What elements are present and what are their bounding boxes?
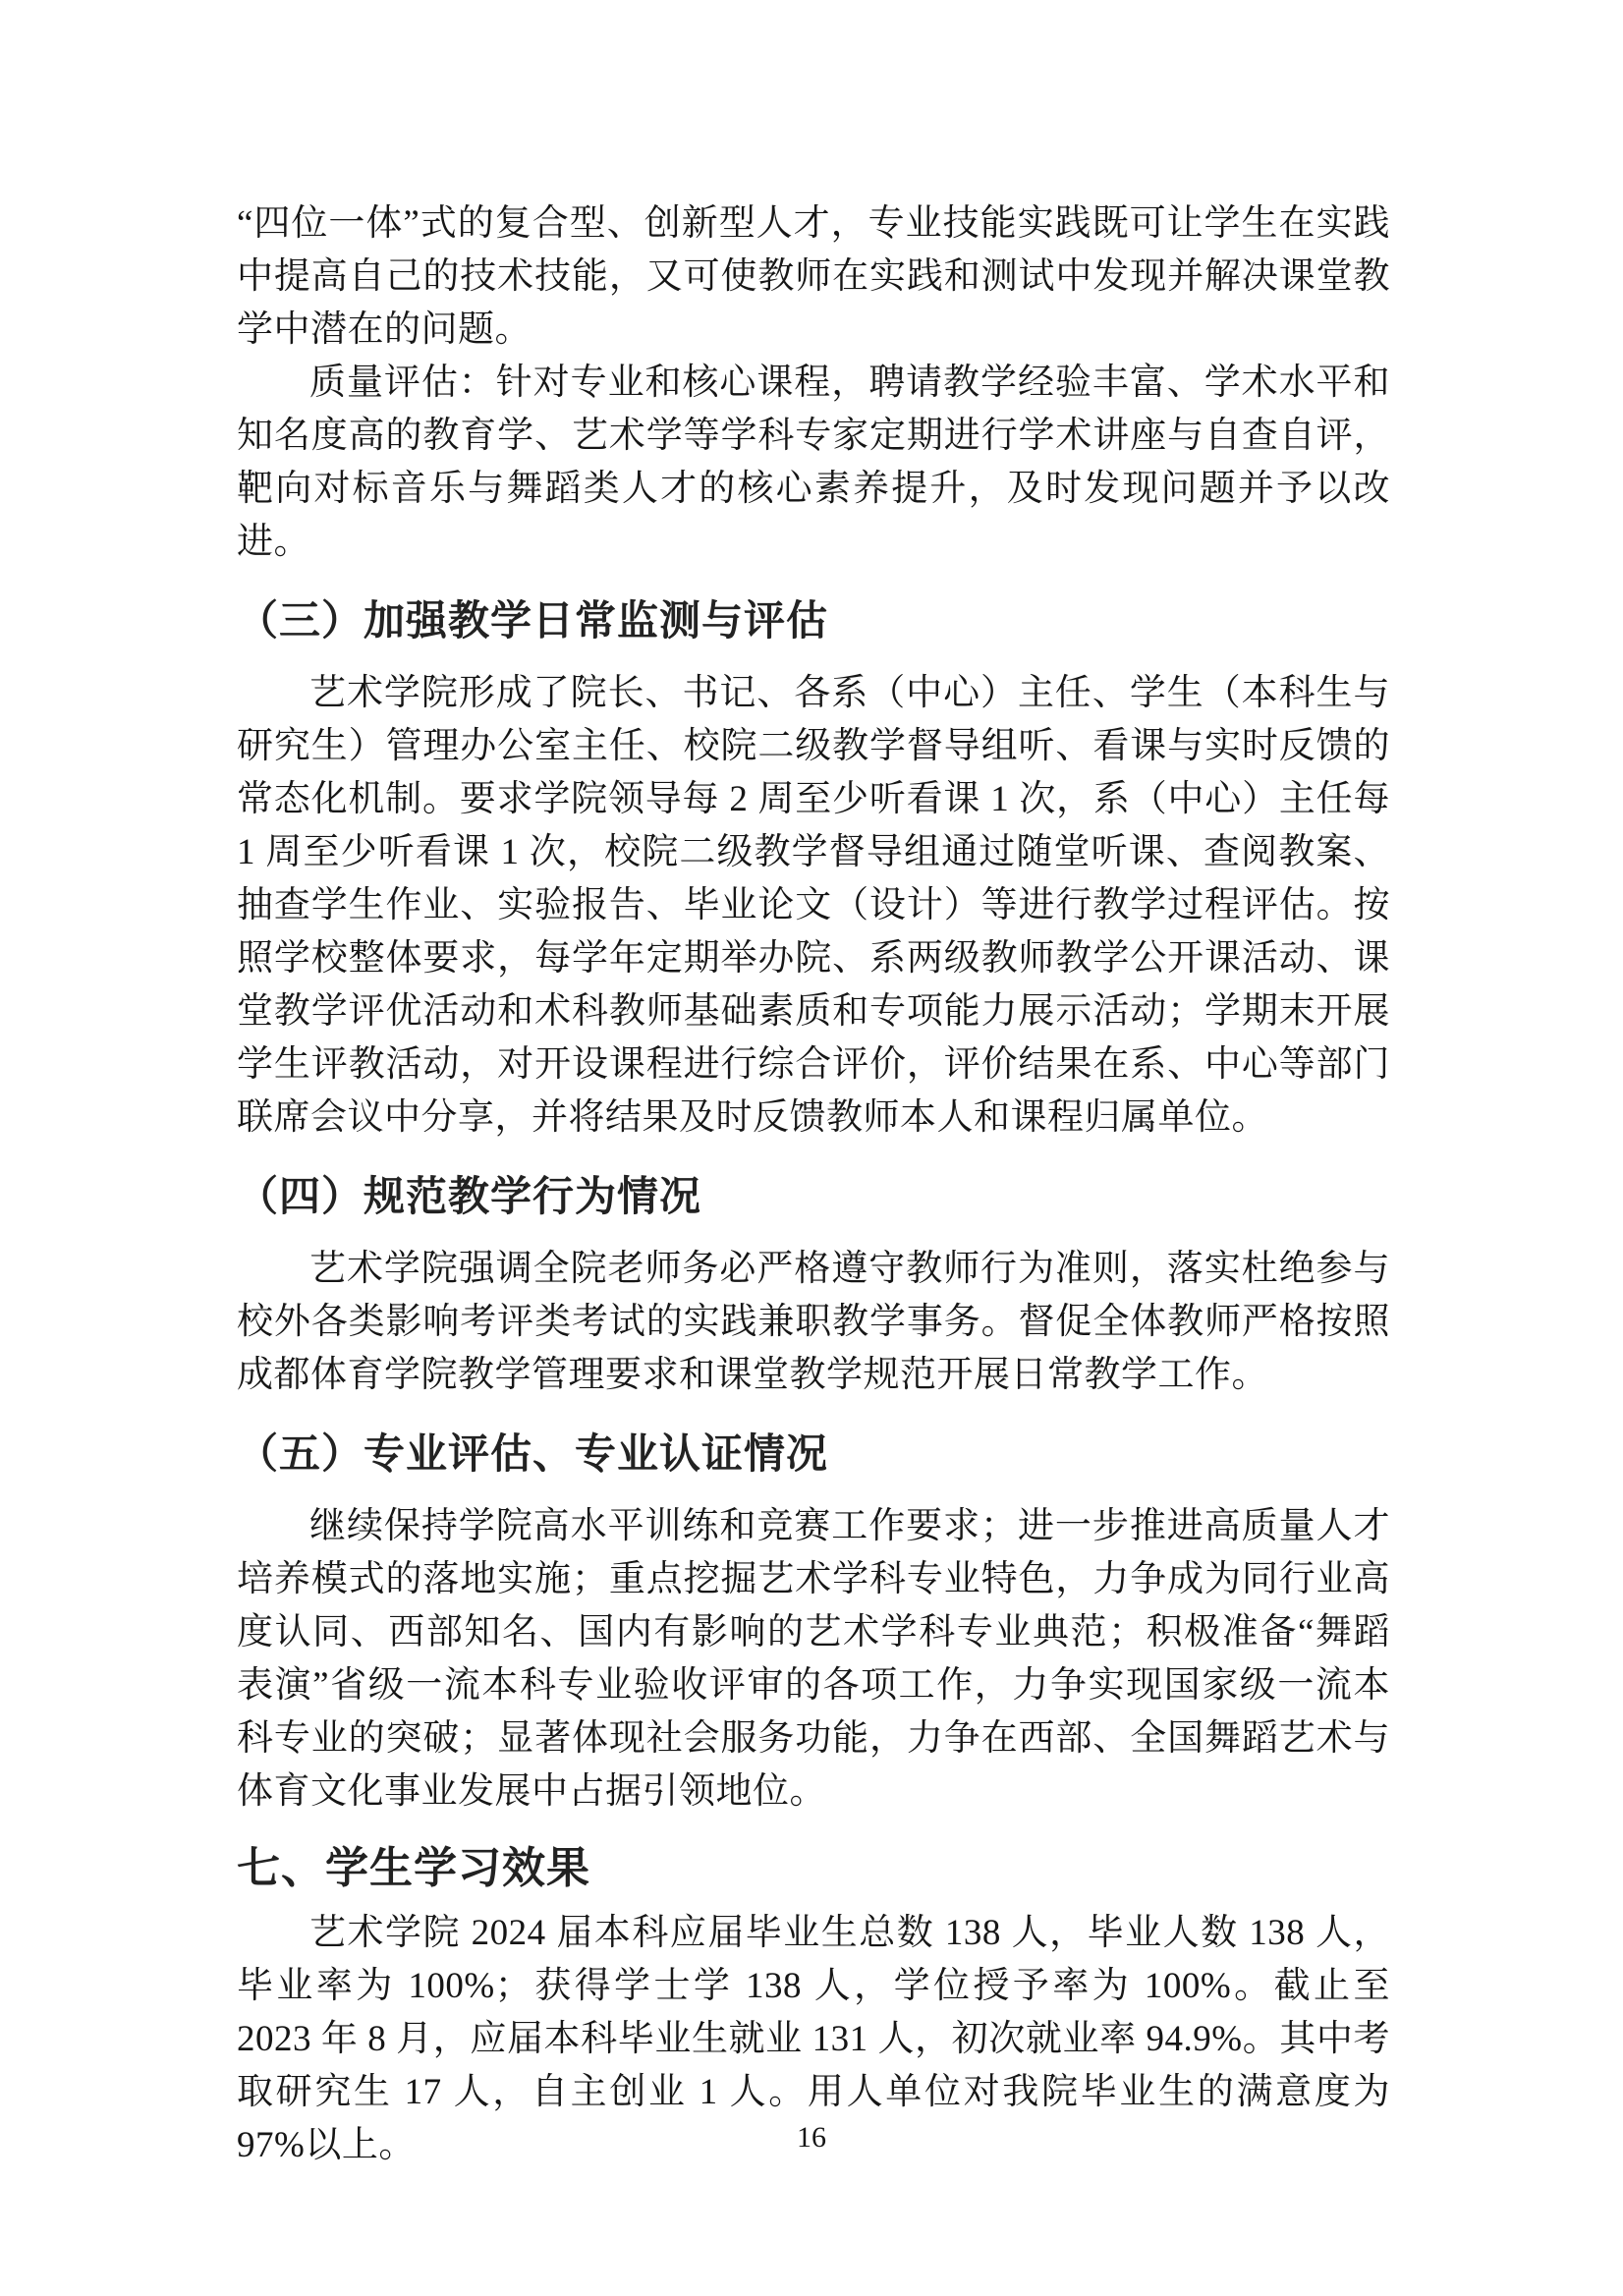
heading-section-5-program-accreditation: （五）专业评估、专业认证情况 (237, 1424, 1390, 1484)
paragraph-daily-monitoring-detail: 艺术学院形成了院长、书记、各系（中心）主任、学生（本科生与研究生）管理办公室主任… (237, 667, 1390, 1145)
page-number: 16 (0, 2120, 1623, 2156)
paragraph-continued-from-previous-page: “四位一体”式的复合型、创新型人才，专业技能实践既可让学生在实践中提高自己的技术… (237, 197, 1390, 357)
paragraph-teaching-conduct-detail: 艺术学院强调全院老师务必严格遵守教师行为准则，落实杜绝参与校外各类影响考评类考试… (237, 1243, 1390, 1402)
document-page: “四位一体”式的复合型、创新型人才，专业技能实践既可让学生在实践中提高自己的技术… (0, 0, 1623, 2296)
heading-section-3-daily-monitoring: （三）加强教学日常监测与评估 (237, 590, 1390, 651)
heading-chapter-7-student-learning-outcomes: 七、学生学习效果 (237, 1838, 1390, 1899)
page-content: “四位一体”式的复合型、创新型人才，专业技能实践既可让学生在实践中提高自己的技术… (237, 197, 1390, 2172)
paragraph-program-accreditation-detail: 继续保持学院高水平训练和竞赛工作要求；进一步推进高质量人才培养模式的落地实施；重… (237, 1500, 1390, 1819)
paragraph-quality-evaluation: 质量评估：针对专业和核心课程，聘请教学经验丰富、学术水平和知名度高的教育学、艺术… (237, 357, 1390, 569)
heading-section-4-teaching-conduct: （四）规范教学行为情况 (237, 1166, 1390, 1227)
